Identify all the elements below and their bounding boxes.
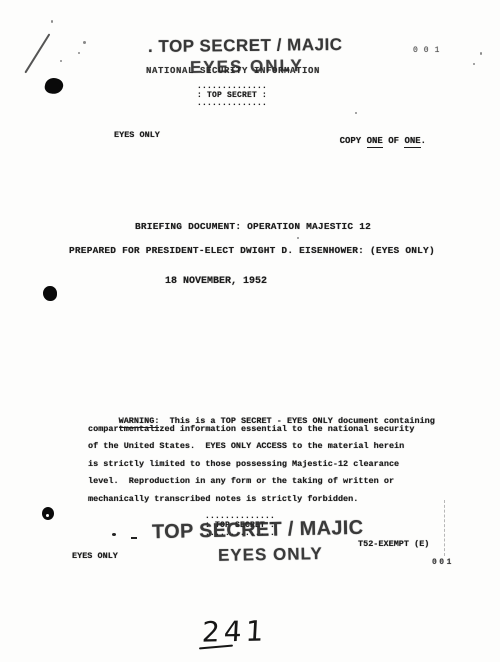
scan-speck	[51, 20, 53, 23]
dotted-top-secret-box: .............. : TOP SECRET : ..........…	[197, 83, 267, 108]
copy-one-of-one-line: COPY ONE OF ONE.	[318, 126, 426, 156]
one-word-underlined: ONE	[367, 136, 383, 148]
top-secret-majic-stamp: . TOP SECRET / MAJIC	[148, 35, 343, 57]
ink-blot	[44, 76, 65, 95]
eyes-only-label: EYES ONLY	[114, 130, 160, 140]
warning-line-text: level. Reproduction in any form or the t…	[88, 476, 428, 494]
scratch-mark	[24, 33, 50, 73]
dotted-border-row: ..............	[197, 83, 267, 91]
eyes-only-stamp-top: EYES ONLY	[190, 56, 304, 78]
punch-dot	[43, 286, 57, 301]
scan-speck	[355, 112, 357, 114]
scan-speck	[480, 52, 482, 55]
period: .	[421, 136, 426, 146]
prepared-for-line: PREPARED FOR PRESIDENT-ELECT DWIGHT D. E…	[69, 245, 435, 256]
dotted-border-row: ..............	[197, 100, 267, 108]
warning-paragraph: WARNING: This is a TOP SECRET - EYES ONL…	[88, 406, 428, 511]
warning-line-text: compartmentalized information essential …	[88, 424, 428, 442]
warning-line-text: of the United States. EYES ONLY ACCESS t…	[88, 441, 428, 459]
punch-dot	[42, 507, 54, 520]
scan-speck	[60, 60, 62, 62]
document-date: 18 NOVEMBER, 1952	[165, 276, 267, 287]
one-word-underlined: ONE	[404, 136, 420, 148]
scan-speck	[83, 41, 86, 44]
handwritten-page-number: 241	[201, 614, 268, 648]
scan-speck	[297, 237, 299, 239]
punch-dot-highlight	[46, 514, 49, 517]
scan-speck	[78, 52, 80, 54]
eyes-only-stamp-bottom: EYES ONLY	[218, 544, 323, 566]
scan-speck	[473, 63, 475, 65]
scanned-document-page: 001 . TOP SECRET / MAJIC NATIONAL SECURI…	[0, 0, 500, 662]
copy-mark-bottom: 001	[432, 558, 454, 567]
stray-mark	[112, 533, 116, 536]
scan-edge-line	[444, 500, 445, 556]
of-word: OF	[383, 136, 405, 146]
exempt-code: T52-EXEMPT (E)	[358, 539, 429, 549]
copy-number-mark: 001	[413, 46, 445, 55]
stray-mark	[131, 537, 137, 539]
warning-line-text: is strictly limited to those possessing …	[88, 459, 428, 477]
warning-line-text: mechanically transcribed notes is strict…	[88, 494, 428, 512]
copy-word: COPY	[340, 136, 367, 146]
eyes-only-label-bottom: EYES ONLY	[72, 551, 118, 561]
top-secret-majic-stamp-bottom: TOP SECRET / MAJIC	[152, 517, 364, 544]
briefing-title-line: BRIEFING DOCUMENT: OPERATION MAJESTIC 12	[135, 221, 371, 232]
